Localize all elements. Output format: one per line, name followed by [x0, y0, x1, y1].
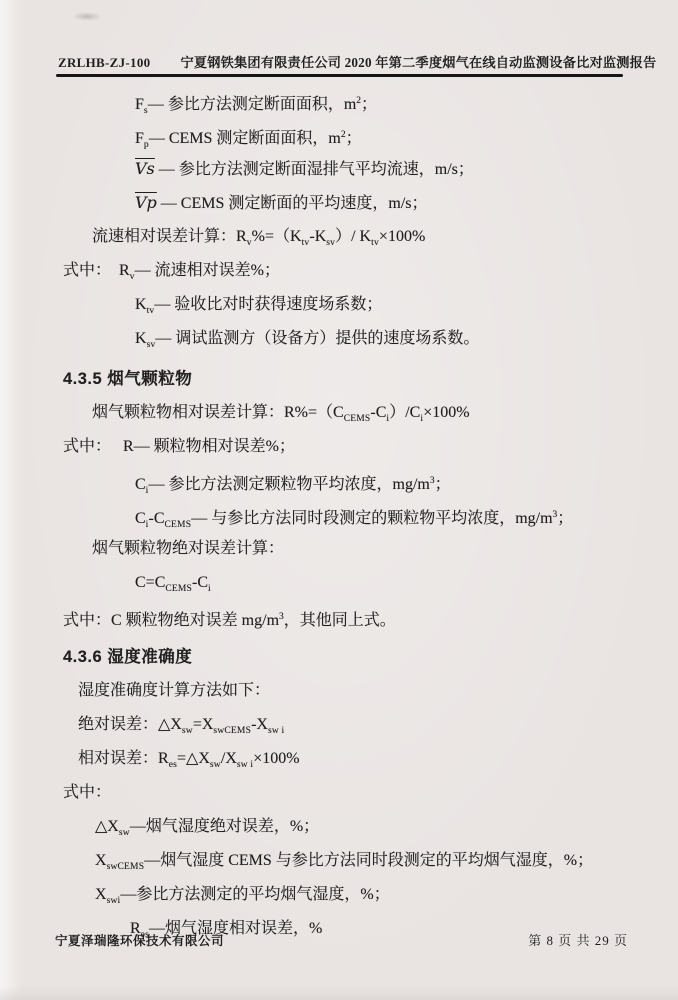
- text-line: C=CCEMS-Ci: [55, 566, 635, 600]
- text-line: Fs— 参比方法测定断面面积，m2；: [55, 84, 635, 118]
- document-page: ZRLHB-ZJ-100 宁夏钢铁集团有限责任公司 2020 年第二季度烟气在线…: [0, 0, 678, 1000]
- text-line: 流速相对误差计算：Rv%=（Ktv-Ksv）/ Ktv×100%: [55, 220, 635, 254]
- scan-edge-artifact: [0, 0, 22, 1000]
- footer-company: 宁夏泽瑞隆环保技术有限公司: [55, 931, 224, 949]
- document-body: Fs— 参比方法测定断面面积，m2；Fp— CEMS 测定断面面积，m2；Vs …: [55, 84, 635, 946]
- header-rule: [56, 74, 623, 77]
- text-line: 式中： Rv— 流速相对误差%；: [55, 254, 635, 288]
- page-header: ZRLHB-ZJ-100 宁夏钢铁集团有限责任公司 2020 年第二季度烟气在线…: [58, 52, 624, 71]
- text-line: Vs — 参比方法测定断面湿排气平均流速，m/s；: [55, 152, 635, 186]
- document-code: ZRLHB-ZJ-100: [58, 55, 150, 71]
- text-line: △Xsw—烟气湿度绝对误差，%；: [55, 810, 635, 844]
- text-line: 式中： R— 颗粒物相对误差%；: [55, 430, 635, 464]
- text-line: XswCEMS—烟气湿度 CEMS 与参比方法同时段测定的平均烟气湿度，%；: [55, 844, 635, 878]
- text-line: 湿度准确度计算方法如下：: [55, 674, 635, 708]
- footer-page-number: 第 8 页 共 29 页: [528, 930, 628, 949]
- text-line: Xswi—参比方法测定的平均烟气湿度，%；: [55, 878, 635, 912]
- text-line: Ktv— 验收比对时获得速度场系数；: [55, 288, 635, 322]
- text-line: Ci— 参比方法测定颗粒物平均浓度，mg/m3；: [55, 464, 635, 498]
- text-line: Ksv— 调试监测方（设备方）提供的速度场系数。: [55, 322, 635, 356]
- text-line: 式中：: [55, 776, 635, 810]
- text-line: Fp— CEMS 测定断面面积，m2；: [55, 118, 635, 152]
- section-heading: 4.3.5 烟气颗粒物: [55, 362, 635, 396]
- text-line: 式中：C 颗粒物绝对误差 mg/m3，其他同上式。: [55, 600, 635, 634]
- scan-smudge: [72, 12, 102, 21]
- text-line: 绝对误差：△Xsw=XswCEMS-Xsw i: [55, 708, 635, 742]
- section-heading: 4.3.6 湿度准确度: [55, 640, 635, 674]
- document-title: 宁夏钢铁集团有限责任公司 2020 年第二季度烟气在线自动监测设备比对监测报告: [180, 52, 656, 71]
- scan-bottom-shadow: [0, 986, 678, 1000]
- page-footer: 宁夏泽瑞隆环保技术有限公司 第 8 页 共 29 页: [55, 930, 628, 949]
- text-line: 相对误差：Res=△Xsw/Xsw i×100%: [55, 742, 635, 776]
- text-line: 烟气颗粒物相对误差计算：R%=（CCEMS-Ci）/Ci×100%: [55, 396, 635, 430]
- text-line: 烟气颗粒物绝对误差计算：: [55, 532, 635, 566]
- text-line: Ci-CCEMS— 与参比方法同时段测定的颗粒物平均浓度，mg/m3；: [55, 498, 635, 532]
- text-line: Vp — CEMS 测定断面的平均速度，m/s；: [55, 186, 635, 220]
